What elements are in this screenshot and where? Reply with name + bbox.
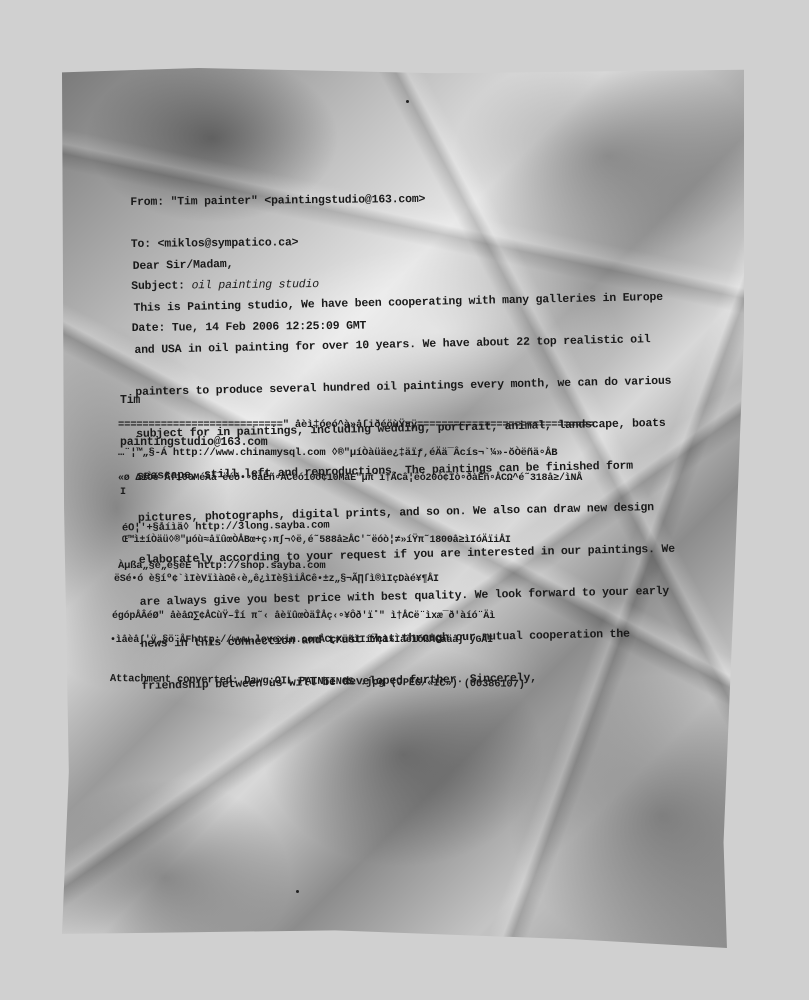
garbled-line: ëSé•ó è§íº¢`ìIèVïìàΩê‹è„ê¿ìIè§ìiÅCê•±z„§… [114, 573, 439, 587]
garbled-line: Œ™ì±íÒäü◊®"µóù≈åïûœÒÅBœ+ç›π∫¬◊ë,é˜588å≥Å… [122, 534, 511, 548]
paper-speck [406, 100, 409, 103]
garbled-line: égópÅÂéØ" åèåΩ∑¢ÅCùŸ–Îí π˜‹ åèïûœÒäÎÅç‹∘… [112, 610, 495, 624]
body-line: This is Painting studio, We have been co… [133, 291, 669, 316]
email-greeting: Dear Sir/Madam, [133, 249, 669, 274]
garbled-line: Àµßa„§è„è§èÈ http://shop.sayba.com [118, 559, 325, 573]
signature-name: Tim [120, 394, 267, 408]
paper-speck [296, 890, 299, 893]
garbled-line: …¨¦™„§-Á http://www.chinamysql.com ◊®"µí… [118, 446, 557, 460]
separator-line: ===========================" åèì‡óeó^à»å… [118, 418, 594, 432]
body-line: are always give you best price with best… [140, 585, 676, 610]
garbled-line: I [120, 486, 126, 500]
body-line: and USA in oil painting for over 10 year… [134, 333, 670, 358]
garbled-line: •ìåèå∫'ÿ„§ö¨ÅFhttp://www.lovexin.comÅCçX… [110, 634, 493, 648]
garbled-line: éO¦'+§åíìä◊ http://3long.sayba.com [122, 519, 330, 536]
email-from: From: "Tim painter" <paintingstudio@163.… [130, 193, 425, 210]
garbled-line: «ø ∆íÒé`Ãf100MéÂä¯ëéð•∘ðàÊñ∘ÅCëó10ò¢10Mä… [118, 472, 582, 486]
photo-stage: From: "Tim painter" <paintingstudio@163.… [0, 0, 809, 1000]
